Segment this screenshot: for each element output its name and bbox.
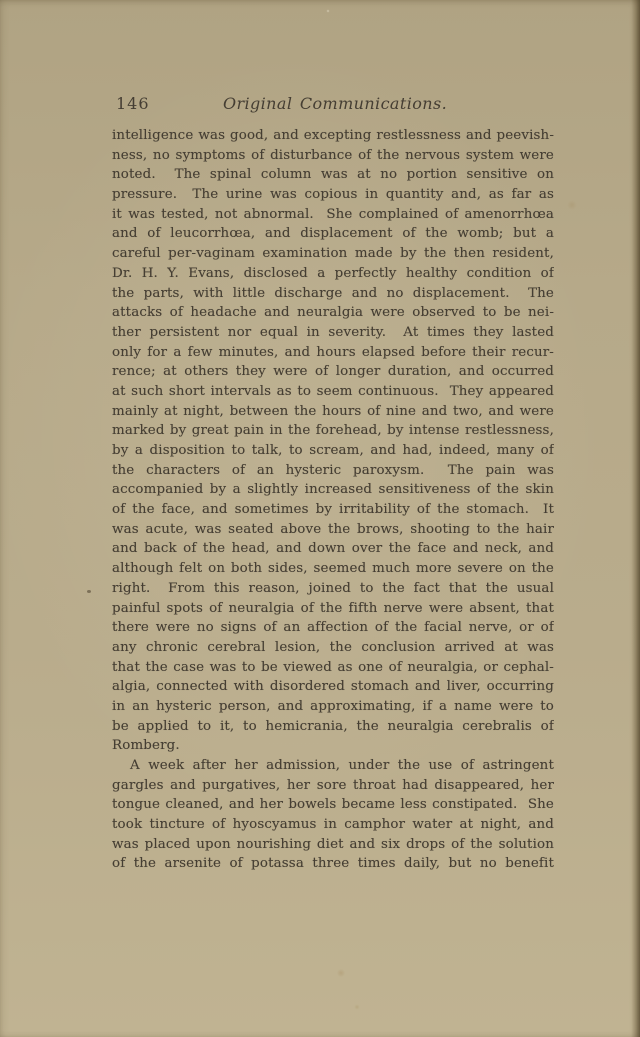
text-line: took tincture of hyoscyamus in camphor w… <box>112 815 554 835</box>
book-page: 146 Original Communications. intelligenc… <box>0 0 640 1037</box>
text-line: intelligence was good, and excepting res… <box>112 126 554 146</box>
page-header: 146 Original Communications. <box>112 94 554 114</box>
text-line: A week after her admission, under the us… <box>112 756 554 776</box>
text-line: algia, connected with disordered stomach… <box>112 677 554 697</box>
text-line: rence; at others they were of longer dur… <box>112 362 554 382</box>
text-line: there were no signs of an affection of t… <box>112 618 554 638</box>
ink-speck <box>87 590 91 593</box>
text-line: of the arsenite of potassa three times d… <box>112 854 554 874</box>
text-line: the characters of an hysteric paroxysm. … <box>112 461 554 481</box>
text-line: and of leucorrhœa, and displacement of t… <box>112 224 554 244</box>
text-line: Romberg. <box>112 736 554 756</box>
text-line: by a disposition to talk, to scream, and… <box>112 441 554 461</box>
text-line: it was tested, not abnormal. She complai… <box>112 205 554 225</box>
text-line: at such short intervals as to seem conti… <box>112 382 554 402</box>
text-line: that the case was to be viewed as one of… <box>112 658 554 678</box>
text-line: the parts, with little discharge and no … <box>112 284 554 304</box>
text-line: although felt on both sides, seemed much… <box>112 559 554 579</box>
text-line: ness, no symptoms of disturbance of the … <box>112 146 554 166</box>
text-line: noted. The spinal column was at no porti… <box>112 165 554 185</box>
text-line: accompanied by a slightly increased sens… <box>112 480 554 500</box>
text-line: be applied to it, to hemicrania, the neu… <box>112 717 554 737</box>
text-line: was acute, was seated above the brows, s… <box>112 520 554 540</box>
text-line: tongue cleaned, and her bowels became le… <box>112 795 554 815</box>
text-line: attacks of headache and neuralgia were o… <box>112 303 554 323</box>
running-title: Original Communications. <box>223 94 447 114</box>
text-line: of the face, and sometimes by irritabili… <box>112 500 554 520</box>
text-line: marked by great pain in the forehead, by… <box>112 421 554 441</box>
text-line: any chronic cerebral lesion, the conclus… <box>112 638 554 658</box>
text-line: in an hysteric person, and approximating… <box>112 697 554 717</box>
text-line: was placed upon nourishing diet and six … <box>112 835 554 855</box>
text-line: mainly at night, between the hours of ni… <box>112 402 554 422</box>
text-line: careful per-vaginam examination made by … <box>112 244 554 264</box>
text-line: ther persistent nor equal in severity. A… <box>112 323 554 343</box>
text-line: painful spots of neuralgia of the fifth … <box>112 599 554 619</box>
text-line: Dr. H. Y. Evans, disclosed a perfectly h… <box>112 264 554 284</box>
text-line: gargles and purgatives, her sore throat … <box>112 776 554 796</box>
text-line: and back of the head, and down over the … <box>112 539 554 559</box>
text-line: right. From this reason, joined to the f… <box>112 579 554 599</box>
body-text: intelligence was good, and excepting res… <box>112 126 554 874</box>
text-line: only for a few minutes, and hours elapse… <box>112 343 554 363</box>
page-number: 146 <box>116 94 150 114</box>
text-line: pressure. The urine was copious in quant… <box>112 185 554 205</box>
